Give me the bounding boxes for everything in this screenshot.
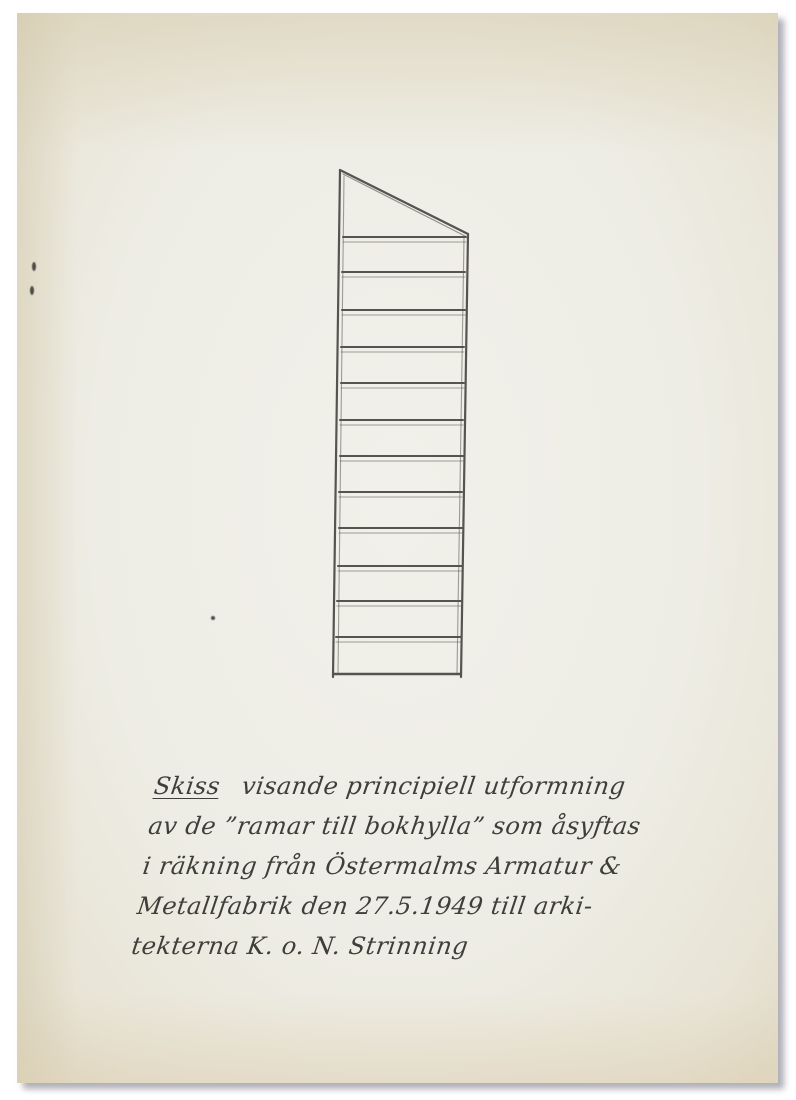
shelf-bars (334, 237, 466, 674)
caption-line-1: Skissvisande principiell utformning (151, 766, 757, 806)
caption-title-word: Skiss (152, 772, 222, 800)
caption-line-4: Metallfabrik den 27.5.1949 till arki- (135, 886, 741, 926)
viewer-background: Skissvisande principiell utformning av d… (0, 0, 796, 1100)
caption-line-5: tekterna K. o. N. Strinning (129, 926, 735, 966)
slanted-top-line (340, 170, 468, 234)
handwritten-caption: Skissvisande principiell utformning av d… (129, 766, 757, 966)
caption-line-2: av de ”ramar till bokhylla” som åsyftas (146, 806, 752, 846)
caption-line-3: i räkning från Östermalms Armatur & (140, 846, 746, 886)
